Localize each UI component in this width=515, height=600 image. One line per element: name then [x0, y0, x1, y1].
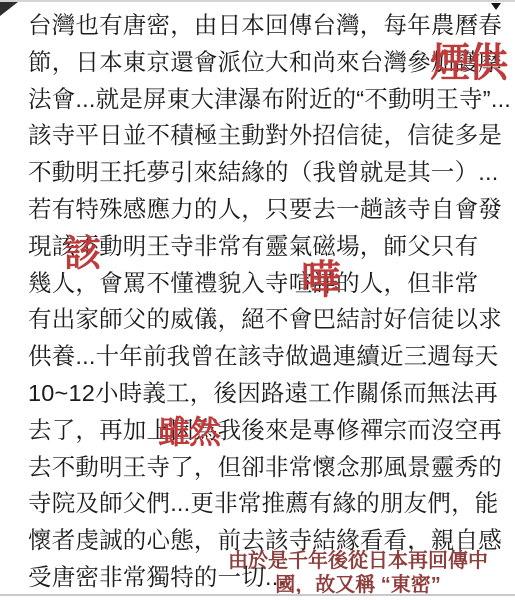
bottom-divider: [0, 594, 515, 596]
red-annotation-hua: 嘩: [301, 260, 341, 300]
body-text: 台灣也有唐密，由日本回傳台灣，每年農曆春 節，日本東京還會派位大和尚來台灣參加護…: [28, 7, 511, 596]
red-annotation-gai: 該: [64, 235, 101, 272]
text-line: 台灣也有唐密，由日本回傳台灣，每年農曆春: [28, 7, 511, 44]
red-footnote-line1: 由於是千年後從日本再回傳中: [222, 549, 494, 573]
text-line: 寺院及師父們...更非常推薦有緣的朋友們，能: [28, 485, 511, 522]
red-footnote: 由於是千年後從日本再回傳中 國，故又稱 “東密”: [222, 549, 494, 597]
corner-fold-icon: [0, 2, 18, 16]
text-line: 該寺平日並不積極主動對外招信徒，信徒多是: [28, 117, 511, 154]
text-line: 10~12小時義工，後因路遠工作關係而無法再: [28, 375, 511, 412]
text-line: 不動明王托夢引來結緣的（我曾就是其一）...: [28, 154, 511, 191]
text-line: 法會...就是屏東大津瀑布附近的“不動明王寺”...: [28, 81, 511, 118]
text-line: 若有特殊感應力的人，只要去一趟該寺自會發: [28, 191, 511, 228]
text-line: 去了，再加上因為我後來是專修禪宗而沒空再: [28, 412, 511, 449]
document-page: 台灣也有唐密，由日本回傳台灣，每年農曆春 節，日本東京還會派位大和尚來台灣參加護…: [0, 0, 515, 600]
text-line: 供養...十年前我曾在該寺做過連續近三週每天: [28, 338, 511, 375]
text-line: 去不動明王寺了，但卻非常懷念那風景靈秀的: [28, 449, 511, 486]
red-annotation-suiran: 雖然: [158, 416, 220, 448]
red-annotation-smoke-offering: 煙供: [430, 43, 506, 83]
text-line: 有出家師父的威儀，絕不會巴結討好信徒以求: [28, 301, 511, 338]
